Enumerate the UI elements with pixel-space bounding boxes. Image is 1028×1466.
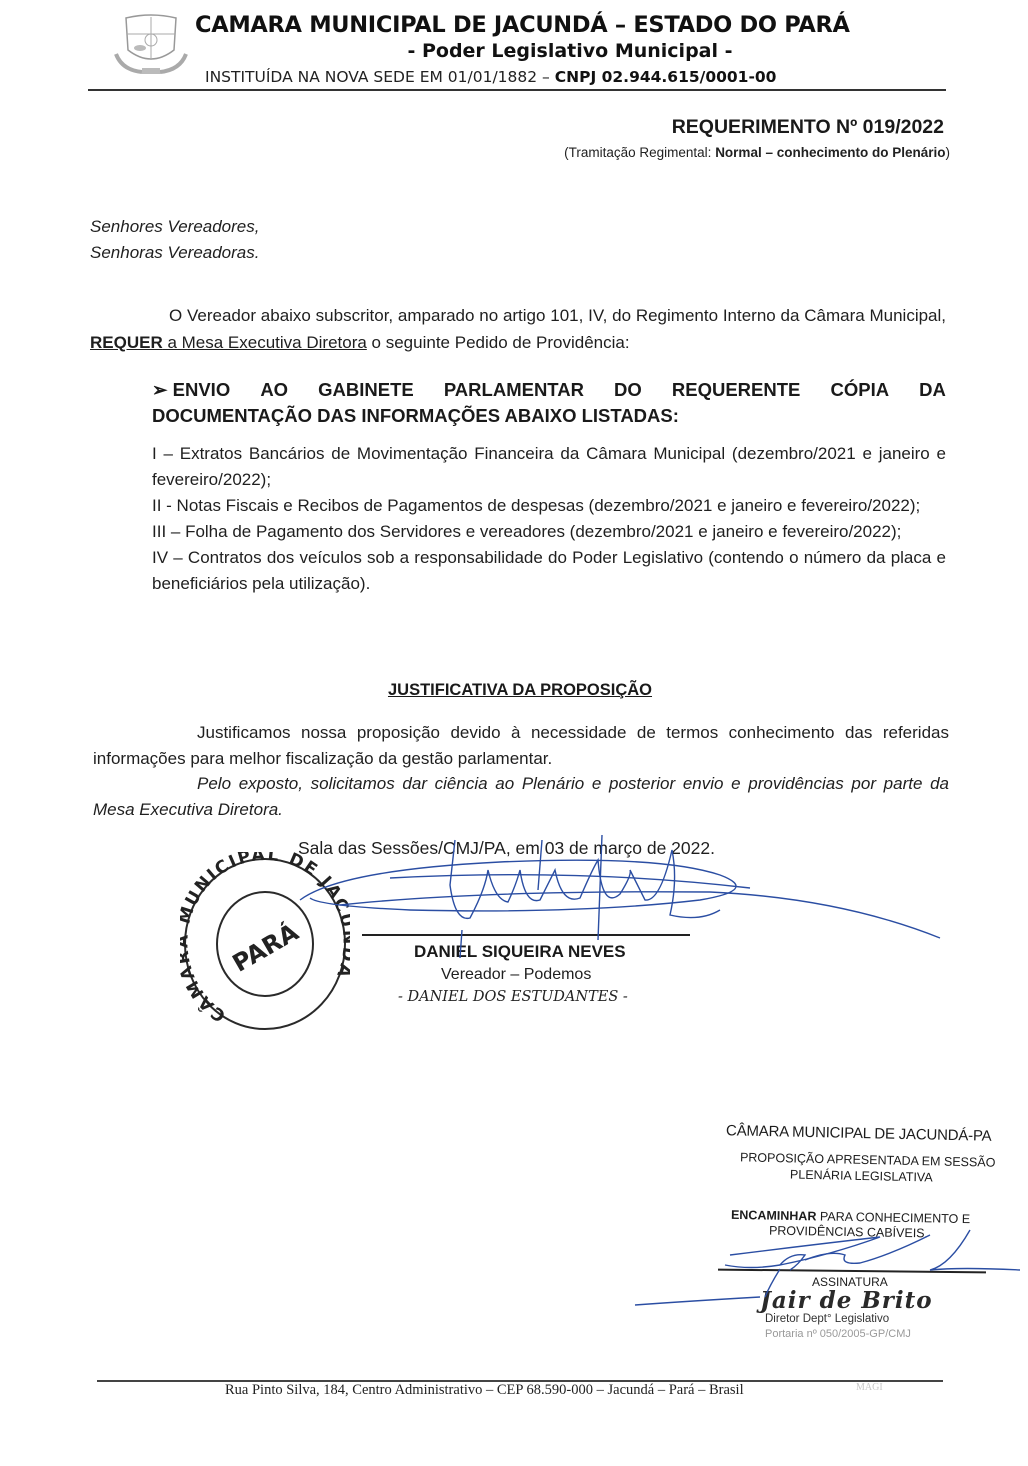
salutation: Senhores Vereadores, Senhoras Vereadoras… [90,214,259,266]
receipt-signer-role: Diretor Dept° Legislativo [765,1313,889,1325]
tramitacao-label: (Tramitação Regimental: [564,145,715,160]
request-items-list: I – Extratos Bancários de Movimentação F… [152,441,946,597]
request-heading-word: DA [919,377,946,403]
request-heading: ➢ ENVIOAOGABINETEPARLAMENTARDOREQUERENTE… [152,377,946,429]
intro-part-2: o seguinte Pedido de Providência: [367,333,630,352]
justification-text-1: Justificamos nossa proposição devido à n… [93,723,949,768]
request-heading-word: GABINETE [318,377,414,403]
receipt-stamp-line-2: PLENÁRIA LEGISLATIVA [790,1168,933,1185]
mesa-text: a Mesa Executiva Diretora [163,333,367,352]
intro-part-1: O Vereador abaixo subscritor, amparado n… [169,306,946,325]
forward-rest: PARA CONHECIMENTO E [816,1209,970,1226]
requer-keyword: REQUER [90,333,163,352]
receipt-stamp-forward-line-2: PROVIDÊNCIAS CABÍVEIS. [769,1224,928,1241]
request-heading-word: AO [260,377,288,403]
receipt-signer-name: Jair de Brito [760,1287,933,1314]
footer-mark: MAGI [856,1382,883,1393]
salutation-line-1: Senhores Vereadores, [90,214,259,240]
justification-title: JUSTIFICATIVA DA PROPOSIÇÃO [0,681,1028,700]
header-divider [88,89,946,91]
receipt-stamp-org: CÂMARA MUNICIPAL DE JACUNDÁ-PA [726,1122,992,1145]
request-heading-word: PARLAMENTAR [444,377,584,403]
request-heading-word: ➢ ENVIO [152,377,230,403]
list-item: IV – Contratos dos veículos sob a respon… [152,545,946,597]
requirement-tramitacao: (Tramitação Regimental: Normal – conheci… [564,145,950,160]
header-title: CAMARA MUNICIPAL DE JACUNDÁ – ESTADO DO … [195,12,915,38]
chamber-round-stamp-icon: CÂMARA MUNICIPAL DE JACUNDÁ PARÁ [180,852,350,1042]
receipt-portaria: Portaria nº 050/2005-GP/CMJ [765,1328,911,1340]
forward-keyword: ENCAMINHAR [731,1208,817,1223]
intro-paragraph: O Vereador abaixo subscritor, amparado n… [90,302,946,356]
list-item: II - Notas Fiscais e Recibos de Pagament… [152,493,946,519]
list-item: III – Folha de Pagamento dos Servidores … [152,519,946,545]
municipal-coat-of-arms-icon [112,12,190,80]
justification-text-2: Pelo exposto, solicitamos dar ciência ao… [93,774,949,819]
cnpj-text: CNPJ 02.944.615/0001-00 [555,68,777,86]
tramitacao-value: Normal – conhecimento do Plenário [715,145,945,160]
list-item: I – Extratos Bancários de Movimentação F… [152,441,946,493]
salutation-line-2: Senhoras Vereadoras. [90,240,259,266]
header-founded-cnpj: INSTITUÍDA NA NOVA SEDE EM 01/01/1882 – … [205,68,925,86]
justification-paragraph-2: Pelo exposto, solicitamos dar ciência ao… [93,771,949,823]
receipt-signature-line [718,1269,986,1274]
stamp-center-text: PARÁ [227,917,303,978]
receipt-stamp-line-1: PROPOSIÇÃO APRESENTADA EM SESSÃO [740,1150,996,1169]
footer-address: Rua Pinto Silva, 184, Centro Administrat… [225,1382,744,1399]
header-subtitle: - Poder Legislativo Municipal - [195,40,945,62]
request-heading-word: CÓPIA [830,377,889,403]
signature-line [362,934,690,936]
request-heading-line-1: ➢ ENVIOAOGABINETEPARLAMENTARDOREQUERENTE… [152,377,946,403]
signer-name: DANIEL SIQUEIRA NEVES [414,942,626,962]
request-heading-word: DO [614,377,642,403]
place-date: Sala das Sessões/CMJ/PA, em 03 de março … [298,838,715,859]
signer-role: Vereador – Podemos [441,966,591,984]
request-heading-word: REQUERENTE [672,377,801,403]
request-heading-line-2: DOCUMENTAÇÃO DAS INFORMAÇÕES ABAIXO LIST… [152,403,946,429]
tramitacao-suffix: ) [946,145,951,160]
founded-text: INSTITUÍDA NA NOVA SEDE EM 01/01/1882 – [205,68,555,86]
signer-nickname: - DANIEL DOS ESTUDANTES - [398,989,628,1005]
justification-paragraph-1: Justificamos nossa proposição devido à n… [93,720,949,772]
requirement-title: REQUERIMENTO Nº 019/2022 [672,116,944,139]
receipt-stamp-forward: ENCAMINHAR PARA CONHECIMENTO E [731,1208,970,1226]
